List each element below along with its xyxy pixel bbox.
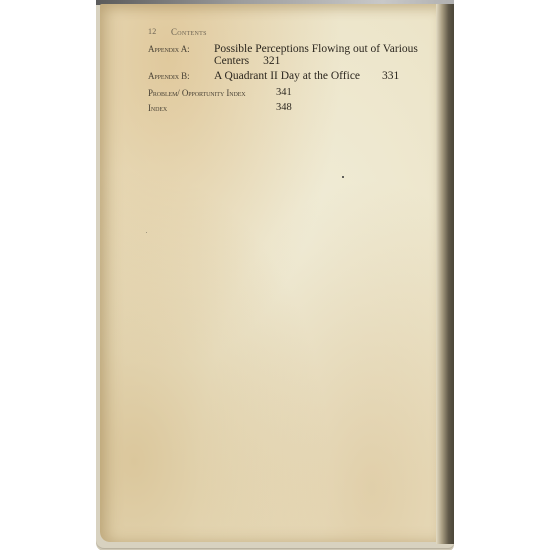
scanned-book-page: 12 Contents Appendix A: Possible Percept… [0, 0, 550, 550]
book-gutter-shadow [436, 4, 454, 544]
page-number: 12 [148, 27, 158, 41]
entry-title: Possible Perceptions Flowing out of Vari… [214, 43, 418, 67]
entry-title: A Quadrant II Day at the Office331 [214, 70, 399, 82]
entry-page-number: 331 [382, 70, 399, 82]
contents-entry-appendix-b: Appendix B: A Quadrant II Day at the Off… [148, 70, 438, 85]
entry-page-number: 321 [263, 55, 280, 67]
entry-label: Index [148, 102, 167, 114]
running-head-title: Contents [171, 27, 207, 41]
paper-speck [146, 232, 147, 233]
entry-page-number: 341 [276, 87, 292, 99]
contents-list: 12 Contents Appendix A: Possible Percept… [148, 27, 438, 116]
running-head: 12 Contents [148, 27, 438, 41]
contents-entry-appendix-a: Appendix A: Possible Perceptions Flowing… [148, 43, 438, 69]
contents-entry-index: Index 348 [148, 102, 438, 116]
entry-title-line: Possible Perceptions Flowing out of Vari… [214, 43, 418, 55]
entry-page-number: 348 [276, 102, 292, 114]
entry-title-line: Centers321 [214, 55, 418, 67]
entry-label: Appendix B: [148, 70, 190, 82]
contents-entry-problem-opportunity-index: Problem/ Opportunity Index 341 [148, 87, 438, 101]
entry-label: Appendix A: [148, 43, 190, 55]
entry-label: Problem/ Opportunity Index [148, 87, 246, 99]
entry-title-line: A Quadrant II Day at the Office [214, 70, 360, 82]
paper-speck [342, 176, 344, 178]
entry-title-continuation: Centers [214, 55, 249, 67]
